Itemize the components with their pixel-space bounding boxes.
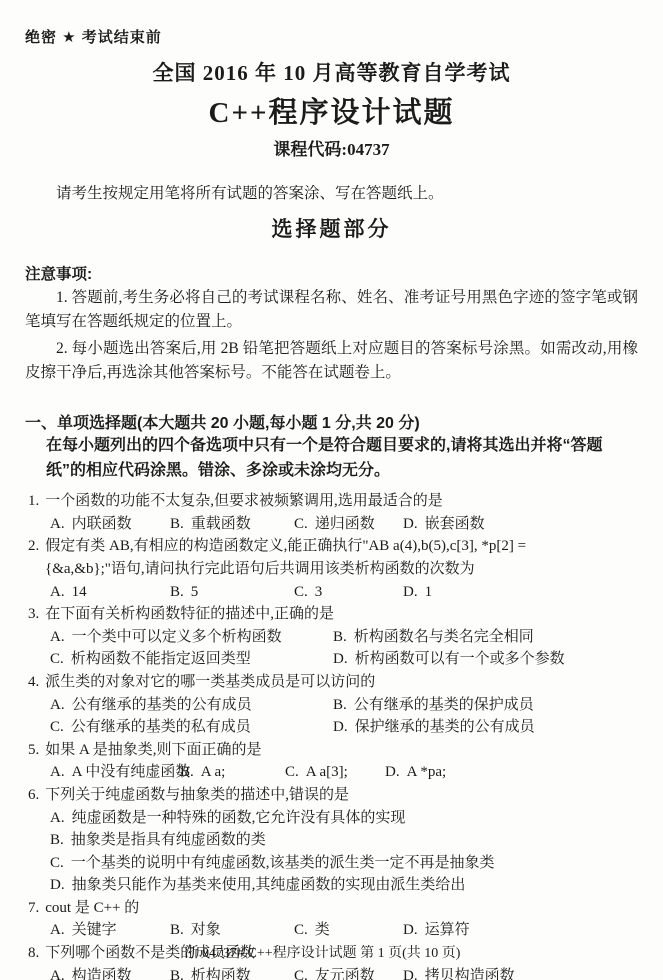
option-c: C.类 [294, 919, 403, 942]
section-one-heading: 一、单项选择题(本大题共 20 小题,每小题 1 分,共 20 分) [25, 410, 638, 433]
exam-paper-page: 绝密 ★ 考试结束前 全国 2016 年 10 月高等教育自学考试 C++程序设… [0, 0, 663, 980]
question-4: 4.派生类的对象对它的哪一类基类成员是可以访问的 A.公有继承的基类的公有成员 … [0, 671, 663, 739]
option-d: D.嵌套函数 [403, 513, 663, 536]
question-7: 7.cout 是 C++ 的 A.关键字 B.对象 C.类 D.运算符 [0, 897, 663, 942]
option-row: A.14 B.5 C.3 D.1 [50, 581, 663, 604]
option-d: D.抽象类只能作为基类来使用,其纯虚函数的实现由派生类给出 [50, 874, 663, 897]
option-text: 对象 [191, 922, 221, 938]
option-d: D.运算符 [403, 919, 663, 942]
question-text: 一个函数的功能不太复杂,但要求被频繁调用,选用最适合的是 [45, 493, 443, 509]
option-text: A a[3]; [306, 764, 348, 780]
option-text: 运算符 [425, 922, 470, 938]
option-d: D.1 [403, 581, 663, 604]
question-number: 3. [28, 606, 45, 622]
question-text: 派生类的对象对它的哪一类基类成员是可以访问的 [45, 674, 375, 690]
question-number: 4. [28, 674, 45, 690]
option-label: C. [294, 584, 308, 600]
section-one-instruction: 在每小题列出的四个备选项中只有一个是符合题目要求的,请将其选出并将“答题 纸”的… [46, 434, 635, 483]
option-text: A a; [201, 764, 226, 780]
option-label: D. [333, 719, 348, 735]
option-b: B.重载函数 [170, 513, 294, 536]
option-label: D. [385, 764, 400, 780]
option-text: 内联函数 [72, 516, 132, 532]
option-label: C. [285, 764, 299, 780]
question-number: 5. [28, 742, 45, 758]
notice-item-2: 2. 每小题选出答案后,用 2B 铅笔把答题纸上对应题目的答案标号涂黑。如需改动… [25, 337, 638, 386]
option-label: D. [403, 922, 418, 938]
option-a: A.14 [50, 581, 170, 604]
option-text: 析构函数名与类名完全相同 [354, 629, 534, 645]
option-b: B.5 [170, 581, 294, 604]
option-a: A.纯虚函数是一种特殊的函数,它允许没有具体的实现 [50, 807, 663, 830]
option-b: B.对象 [170, 919, 294, 942]
option-label: D. [403, 516, 418, 532]
option-text: 抽象类是指具有纯虚函数的类 [71, 832, 266, 848]
option-text: 拷贝构造函数 [425, 968, 515, 980]
option-d: D.保护继承的基类的公有成员 [333, 716, 663, 739]
option-c: C.递归函数 [294, 513, 403, 536]
option-text: 一个基类的说明中有纯虚函数,该基类的派生类一定不再是抽象类 [71, 855, 495, 871]
classification-banner: 绝密 ★ 考试结束前 [25, 26, 663, 47]
question-text: 假定有类 AB,有相应的构造函数定义,能正确执行"AB a(4),b(5),c[… [45, 538, 526, 554]
question-text: 下列关于纯虚函数与抽象类的描述中,错误的是 [45, 787, 349, 803]
option-label: C. [50, 719, 64, 735]
paper-title: C++程序设计试题 [0, 90, 663, 131]
option-label: A. [50, 764, 65, 780]
option-text: A *pa; [407, 764, 447, 780]
option-label: B. [170, 968, 184, 980]
option-label: C. [294, 516, 308, 532]
option-text: 递归函数 [315, 516, 375, 532]
option-row: A.内联函数 B.重载函数 C.递归函数 D.嵌套函数 [50, 513, 663, 536]
question-stem: 3.在下面有关析构函数特征的描述中,正确的是 [45, 603, 663, 626]
option-label: C. [294, 968, 308, 980]
option-b: B.抽象类是指具有纯虚函数的类 [50, 829, 663, 852]
option-text: A 中没有纯虚函数 [72, 764, 191, 780]
question-number: 7. [28, 900, 45, 916]
option-label: B. [170, 516, 184, 532]
option-text: 一个类中可以定义多个析构函数 [72, 629, 282, 645]
option-text: 抽象类只能作为基类来使用,其纯虚函数的实现由派生类给出 [72, 877, 466, 893]
option-label: D. [50, 877, 65, 893]
option-a: A.构造函数 [50, 965, 170, 980]
option-text: 关键字 [72, 922, 117, 938]
option-c: C.3 [294, 581, 403, 604]
section-one-instruction-line1: 在每小题列出的四个备选项中只有一个是符合题目要求的,请将其选出并将“答题 [46, 434, 635, 459]
option-row: A.关键字 B.对象 C.类 D.运算符 [50, 919, 663, 942]
option-label: C. [50, 855, 64, 871]
option-c: C.公有继承的基类的私有成员 [50, 716, 333, 739]
option-label: D. [333, 651, 348, 667]
option-a: A.关键字 [50, 919, 170, 942]
option-a: A.公有继承的基类的公有成员 [50, 694, 333, 717]
question-list: 1.一个函数的功能不太复杂,但要求被频繁调用,选用最适合的是 A.内联函数 B.… [0, 490, 663, 980]
option-a: A.内联函数 [50, 513, 170, 536]
option-b: B.A a; [180, 761, 285, 784]
question-text: cout 是 C++ 的 [45, 900, 139, 916]
option-label: C. [50, 651, 64, 667]
option-label: A. [50, 629, 65, 645]
option-label: B. [180, 764, 194, 780]
option-label: B. [170, 584, 184, 600]
option-label: B. [333, 697, 347, 713]
option-label: B. [170, 922, 184, 938]
question-text: 在下面有关析构函数特征的描述中,正确的是 [45, 606, 334, 622]
question-stem: 7.cout 是 C++ 的 [45, 897, 663, 920]
option-c: C.析构函数不能指定返回类型 [50, 648, 333, 671]
question-stem: 4.派生类的对象对它的哪一类基类成员是可以访问的 [45, 671, 663, 694]
option-text: 纯虚函数是一种特殊的函数,它允许没有具体的实现 [72, 810, 406, 826]
option-text: 析构函数不能指定返回类型 [71, 651, 251, 667]
option-b: B.析构函数名与类名完全相同 [333, 626, 663, 649]
option-text: 类 [315, 922, 330, 938]
option-d: D.析构函数可以有一个或多个参数 [333, 648, 663, 671]
option-text: 1 [425, 584, 433, 600]
option-label: D. [403, 968, 418, 980]
notices-heading: 注意事项: [25, 262, 638, 284]
question-number: 2. [28, 538, 45, 554]
option-text: 公有继承的基类的公有成员 [72, 697, 252, 713]
question-3: 3.在下面有关析构函数特征的描述中,正确的是 A.一个类中可以定义多个析构函数 … [0, 603, 663, 671]
option-label: B. [333, 629, 347, 645]
option-text: 析构函数 [191, 968, 251, 980]
course-code: 课程代码:04737 [0, 135, 663, 160]
option-text: 5 [191, 584, 199, 600]
option-label: A. [50, 697, 65, 713]
option-c: C.友元函数 [294, 965, 403, 980]
option-b: B.公有继承的基类的保护成员 [333, 694, 663, 717]
option-d: D.A *pa; [385, 761, 663, 784]
question-5: 5.如果 A 是抽象类,则下面正确的是 A.A 中没有纯虚函数 B.A a; C… [0, 739, 663, 784]
page-footer: 浙 04737# C++程序设计试题 第 1 页(共 10 页) [0, 942, 645, 962]
option-b: B.析构函数 [170, 965, 294, 980]
option-label: A. [50, 810, 65, 826]
option-text: 保护继承的基类的公有成员 [355, 719, 535, 735]
option-label: B. [50, 832, 64, 848]
section-title: 选择题部分 [0, 213, 663, 243]
option-d: D.拷贝构造函数 [403, 965, 663, 980]
option-text: 析构函数可以有一个或多个参数 [355, 651, 565, 667]
option-text: 公有继承的基类的保护成员 [354, 697, 534, 713]
option-label: A. [50, 922, 65, 938]
option-text: 构造函数 [72, 968, 132, 980]
option-text: 14 [72, 584, 87, 600]
question-number: 1. [28, 493, 45, 509]
question-stem: 6.下列关于纯虚函数与抽象类的描述中,错误的是 [45, 784, 663, 807]
option-text: 友元函数 [315, 968, 375, 980]
section-one-instruction-line2: 纸”的相应代码涂黑。错涂、多涂或未涂均无分。 [46, 459, 635, 484]
option-row: A.公有继承的基类的公有成员 B.公有继承的基类的保护成员 C.公有继承的基类的… [50, 694, 663, 739]
option-text: 重载函数 [191, 516, 251, 532]
question-stem: 1.一个函数的功能不太复杂,但要求被频繁调用,选用最适合的是 [45, 490, 663, 513]
option-c: C.一个基类的说明中有纯虚函数,该基类的派生类一定不再是抽象类 [50, 852, 663, 875]
option-label: C. [294, 922, 308, 938]
option-c: C.A a[3]; [285, 761, 385, 784]
question-number: 6. [28, 787, 45, 803]
question-text: 如果 A 是抽象类,则下面正确的是 [45, 742, 261, 758]
option-row: A.构造函数 B.析构函数 C.友元函数 D.拷贝构造函数 [50, 965, 663, 980]
option-label: D. [403, 584, 418, 600]
option-list: A.纯虚函数是一种特殊的函数,它允许没有具体的实现 B.抽象类是指具有纯虚函数的… [50, 807, 663, 897]
option-a: A.A 中没有纯虚函数 [50, 761, 180, 784]
option-label: A. [50, 516, 65, 532]
notice-item-1: 1. 答题前,考生务必将自己的考试课程名称、姓名、准考证号用黑色字迹的签字笔或钢… [25, 286, 638, 335]
question-stem-line2: {&a,&b};"语句,请问执行完此语句后共调用该类析构函数的次数为 [45, 558, 663, 581]
question-stem: 5.如果 A 是抽象类,则下面正确的是 [45, 739, 663, 762]
question-2: 2.假定有类 AB,有相应的构造函数定义,能正确执行"AB a(4),b(5),… [0, 535, 663, 603]
option-row: A.一个类中可以定义多个析构函数 B.析构函数名与类名完全相同 C.析构函数不能… [50, 626, 663, 671]
option-a: A.一个类中可以定义多个析构函数 [50, 626, 333, 649]
question-6: 6.下列关于纯虚函数与抽象类的描述中,错误的是 A.纯虚函数是一种特殊的函数,它… [0, 784, 663, 897]
option-label: A. [50, 584, 65, 600]
question-stem: 2.假定有类 AB,有相应的构造函数定义,能正确执行"AB a(4),b(5),… [45, 535, 663, 558]
option-text: 3 [315, 584, 323, 600]
question-1: 1.一个函数的功能不太复杂,但要求被频繁调用,选用最适合的是 A.内联函数 B.… [0, 490, 663, 535]
option-text: 嵌套函数 [425, 516, 485, 532]
option-label: A. [50, 968, 65, 980]
option-text: 公有继承的基类的私有成员 [71, 719, 251, 735]
option-row: A.A 中没有纯虚函数 B.A a; C.A a[3]; D.A *pa; [50, 761, 663, 784]
exam-title: 全国 2016 年 10 月高等教育自学考试 [0, 57, 663, 87]
candidate-instruction: 请考生按规定用笔将所有试题的答案涂、写在答题纸上。 [25, 181, 638, 203]
